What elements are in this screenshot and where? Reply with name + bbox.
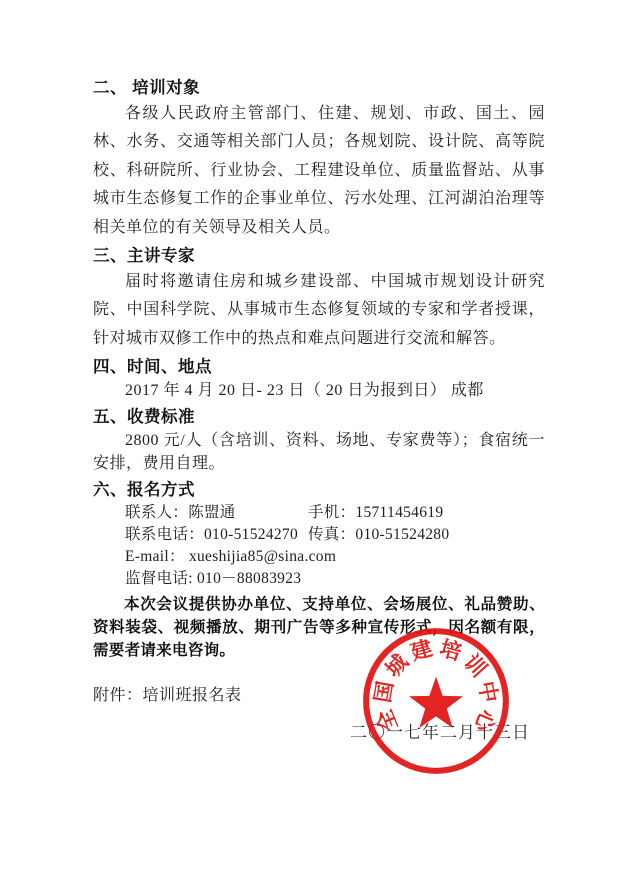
section-fees: 五、收费标准 2800 元/人（含培训、资料、场地、专家费等）；食宿统一安排，费…	[93, 406, 545, 476]
document-body: 二、 培训对象 各级人民政府主管部门、住建、规划、市政、国土、园林、水务、交通等…	[0, 0, 635, 708]
section-lecturers: 三、主讲专家 届时将邀请住房和城乡建设部、中国城市规划设计研究院、中国科学院、从…	[93, 245, 545, 353]
document-page: 二、 培训对象 各级人民政府主管部门、住建、规划、市政、国土、园林、水务、交通等…	[0, 0, 635, 893]
section-body: 届时将邀请住房和城乡建设部、中国城市规划设计研究院、中国科学院、从事城市生态修复…	[93, 268, 545, 353]
section-heading: 五、收费标准	[93, 406, 545, 429]
section-heading: 六、报名方式	[93, 479, 545, 502]
svg-text:国: 国	[371, 679, 398, 704]
svg-text:培: 培	[437, 635, 465, 665]
svg-text:中: 中	[474, 679, 502, 704]
contact-person-label: 联系人：陈盟通	[125, 502, 308, 524]
official-seal: 全国城建培训中心	[355, 620, 517, 782]
section-registration: 六、报名方式 联系人：陈盟通手机：15711454619 联系电话：010-51…	[93, 479, 545, 590]
svg-text:心: 心	[469, 706, 499, 735]
svg-text:建: 建	[408, 635, 436, 665]
email-address: E-mail： xueshijia85@sina.com	[125, 546, 336, 568]
mobile-number: 手机：15711454619	[308, 504, 443, 521]
contact-row: 联系人：陈盟通手机：15711454619	[93, 502, 545, 524]
phone-number: 联系电话：010-51524270	[125, 524, 308, 546]
section-body: 2017 年 4 月 20 日- 23 日（ 20 日为报到日） 成都	[93, 379, 545, 403]
contact-row: 联系电话：010-51524270传真：010-51524280	[93, 524, 545, 546]
section-time-location: 四、时间、地点 2017 年 4 月 20 日- 23 日（ 20 日为报到日）…	[93, 356, 545, 403]
section-training-audience: 二、 培训对象 各级人民政府主管部门、住建、规划、市政、国土、园林、水务、交通等…	[93, 77, 545, 242]
contact-row: E-mail： xueshijia85@sina.com	[93, 546, 545, 568]
section-heading: 三、主讲专家	[93, 245, 545, 268]
section-body: 2800 元/人（含培训、资料、场地、专家费等）；食宿统一安排，费用自理。	[93, 429, 545, 476]
section-body: 各级人民政府主管部门、住建、规划、市政、国土、园林、水务、交通等相关部门人员；各…	[93, 100, 545, 242]
contact-row: 监督电话: 010－88083923	[93, 568, 545, 590]
fax-number: 传真：010-51524280	[308, 526, 449, 543]
section-heading: 四、时间、地点	[93, 356, 545, 379]
star-icon	[409, 677, 463, 728]
supervision-phone: 监督电话: 010－88083923	[125, 568, 308, 590]
section-heading: 二、 培训对象	[93, 77, 545, 100]
